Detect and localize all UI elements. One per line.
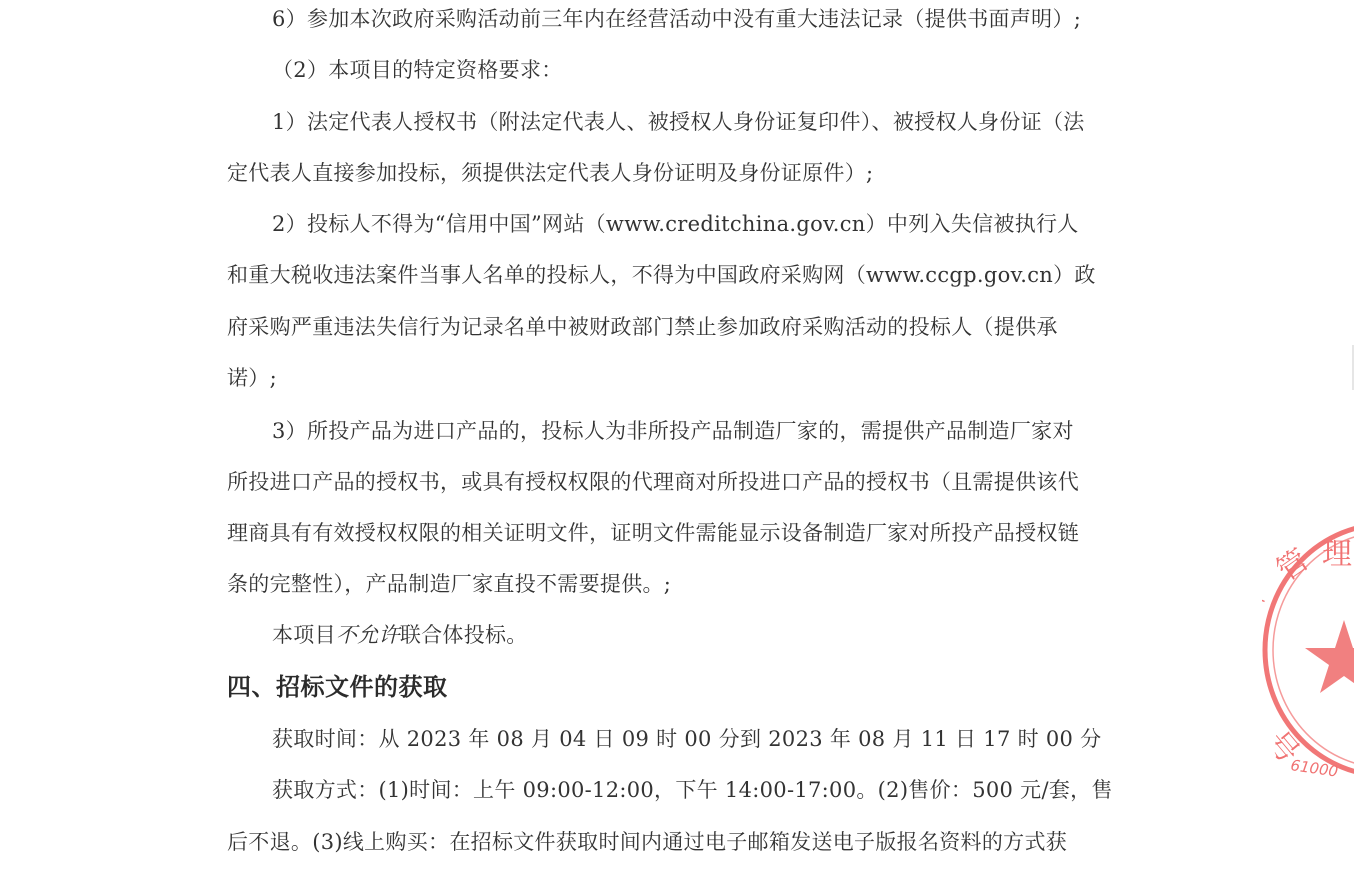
requirement-3-line-4: 条的完整性），产品制造厂家直投不需要提供。; [227, 569, 1132, 599]
document-page: 6）参加本次政府采购活动前三年内在经营活动中没有重大违法记录（提供书面声明）; … [0, 0, 1354, 869]
requirement-line-6: 6）参加本次政府采购活动前三年内在经营活动中没有重大违法记录（提供书面声明）; [272, 4, 1132, 34]
consortium-suffix: 联合体投标。 [400, 623, 528, 647]
requirement-2-line-2: 和重大税收违法案件当事人名单的投标人，不得为中国政府采购网（www.ccgp.g… [227, 260, 1132, 290]
seal-icon: 管 理 口 号 61000 [1262, 520, 1354, 780]
requirement-2-line-1: 2）投标人不得为“信用中国”网站（www.creditchina.gov.cn）… [272, 209, 1132, 239]
svg-text:口: 口 [1262, 591, 1271, 620]
requirement-3-line-3: 理商具有有效授权权限的相关证明文件，证明文件需能显示设备制造厂家对所投产品授权链 [227, 518, 1132, 548]
consortium-prefix: 本项目 [272, 623, 336, 647]
section-heading: 四、招标文件的获取 [227, 672, 1132, 702]
svg-text:理: 理 [1322, 537, 1352, 572]
specific-requirements-title: （2）本项目的特定资格要求： [272, 55, 1132, 85]
requirement-3-line-2: 所投进口产品的授权书，或具有授权权限的代理商对所投进口产品的授权书（且需提供该代 [227, 467, 1132, 497]
consortium-statement: 本项目不允许联合体投标。 [272, 620, 1132, 650]
acquisition-method-line-2: 后不退。(3)线上购买：在招标文件获取时间内通过电子邮箱发送电子版报名资料的方式… [227, 827, 1132, 857]
svg-text:号: 号 [1262, 725, 1306, 770]
requirement-1-line-2: 定代表人直接参加投标，须提供法定代表人身份证明及身份证原件）; [227, 158, 1132, 188]
official-seal-stamp: 管 理 口 号 61000 [1262, 520, 1354, 780]
svg-text:管: 管 [1271, 543, 1316, 589]
acquisition-method-line-1: 获取方式：(1)时间：上午 09:00-12:00，下午 14:00-17:00… [272, 775, 1132, 805]
requirement-1-line-1: 1）法定代表人授权书（附法定代表人、被授权人身份证复印件）、被授权人身份证（法 [272, 107, 1132, 137]
acquisition-time: 获取时间：从 2023 年 08 月 04 日 09 时 00 分到 2023 … [272, 724, 1132, 754]
requirement-2-line-3: 府采购严重违法失信行为记录名单中被财政部门禁止参加政府采购活动的投标人（提供承 [227, 312, 1132, 342]
requirement-3-line-1: 3）所投产品为进口产品的，投标人为非所投产品制造厂家的，需提供产品制造厂家对 [272, 416, 1132, 446]
consortium-emphasis: 不允许 [336, 623, 400, 647]
svg-text:61000: 61000 [1289, 756, 1339, 780]
requirement-2-line-4: 诺）; [227, 363, 1132, 393]
